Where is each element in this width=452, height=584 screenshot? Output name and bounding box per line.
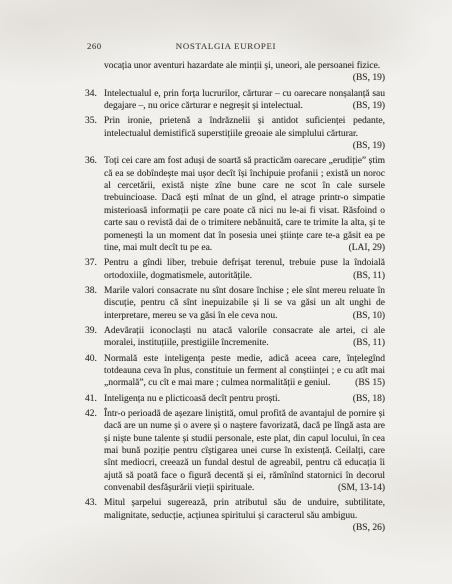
item-number: 36. (85, 155, 104, 254)
item-body: Pentru a gîndi liber, trebuie defrișat t… (104, 257, 385, 282)
paragraph-text: vocația unor aventuri hazardate ale minț… (104, 61, 380, 71)
item-text: Prin ironie, prietenă a îndrăznelii și a… (104, 116, 385, 138)
aphorism-item: 42. Într-o perioadă de așezare liniștită… (85, 408, 385, 495)
source-ref: (BS, 19) (341, 140, 385, 152)
item-number: 37. (85, 257, 104, 282)
item-body: Într-o perioadă de așezare liniștită, om… (104, 408, 385, 495)
running-title: NOSTALGIA EUROPEI (176, 41, 276, 51)
item-text: Inteligența nu e plicticoasă decît pentr… (104, 394, 280, 404)
continuation-paragraph: vocația unor aventuri hazardate ale minț… (104, 60, 385, 85)
aphorism-item: 41. Inteligența nu e plicticoasă decît p… (85, 393, 385, 405)
item-number: 38. (85, 285, 104, 322)
item-number: 41. (85, 393, 104, 405)
source-ref: (BS, 10) (341, 310, 385, 322)
item-body: Toți cei care am fost aduși de soartă să… (104, 155, 385, 254)
item-number: 35. (85, 115, 104, 152)
source-ref: (LAI, 29) (337, 242, 385, 254)
item-body: Mitul șarpelui sugerează, prin atributul… (104, 497, 385, 534)
aphorism-item: 39. Adevărații iconoclaști nu atacă valo… (85, 325, 385, 350)
item-body: Inteligența nu e plicticoasă decît pentr… (104, 393, 385, 405)
item-number: 43. (85, 497, 104, 534)
aphorism-item: 37. Pentru a gîndi liber, trebuie defriș… (85, 257, 385, 282)
source-ref: (SM, 13-14) (326, 482, 385, 494)
source-ref: (BS, 11) (341, 270, 385, 282)
item-body: Adevărații iconoclaști nu atacă valorile… (104, 325, 385, 350)
page-number: 260 (87, 41, 102, 51)
aphorism-item: 35. Prin ironie, prietenă a îndrăznelii … (85, 115, 385, 152)
page-header: 260 NOSTALGIA EUROPEI (0, 41, 452, 51)
aphorism-item: 34. Intelectualul e, prin forța lucruril… (85, 88, 385, 113)
aphorism-item: 43. Mitul șarpelui sugerează, prin atrib… (85, 497, 385, 534)
aphorism-list: 34. Intelectualul e, prin forța lucruril… (85, 88, 385, 535)
aphorism-item: 40. Normală este inteligența peste medie… (85, 353, 385, 390)
item-number: 34. (85, 88, 104, 113)
item-number: 42. (85, 408, 104, 495)
source-ref: (BS, 26) (341, 522, 385, 534)
source-ref: (BS, 11) (341, 337, 385, 349)
item-number: 39. (85, 325, 104, 350)
item-text: Mitul șarpelui sugerează, prin atributul… (104, 498, 385, 520)
source-ref: (BS, 19) (341, 100, 385, 112)
source-ref: (BS 15) (343, 377, 385, 389)
text-block: vocația unor aventuri hazardate ale minț… (85, 60, 385, 535)
aphorism-item: 38. Marile valori consacrate nu sînt dos… (85, 285, 385, 322)
item-body: Prin ironie, prietenă a îndrăznelii și a… (104, 115, 385, 152)
source-ref: (BS, 19) (341, 72, 385, 84)
aphorism-item: 36. Toți cei care am fost aduși de soart… (85, 155, 385, 254)
item-number: 40. (85, 353, 104, 390)
item-body: Intelectualul e, prin forța lucrurilor, … (104, 88, 385, 113)
item-text: Într-o perioadă de așezare liniștită, om… (104, 409, 385, 493)
item-text: Toți cei care am fost aduși de soartă să… (104, 156, 385, 253)
book-page: 260 NOSTALGIA EUROPEI vocația unor avent… (0, 0, 452, 584)
item-body: Marile valori consacrate nu sînt dosare … (104, 285, 385, 322)
source-ref: (BS, 18) (341, 393, 385, 405)
item-body: Normală este inteligența peste medie, ad… (104, 353, 385, 390)
